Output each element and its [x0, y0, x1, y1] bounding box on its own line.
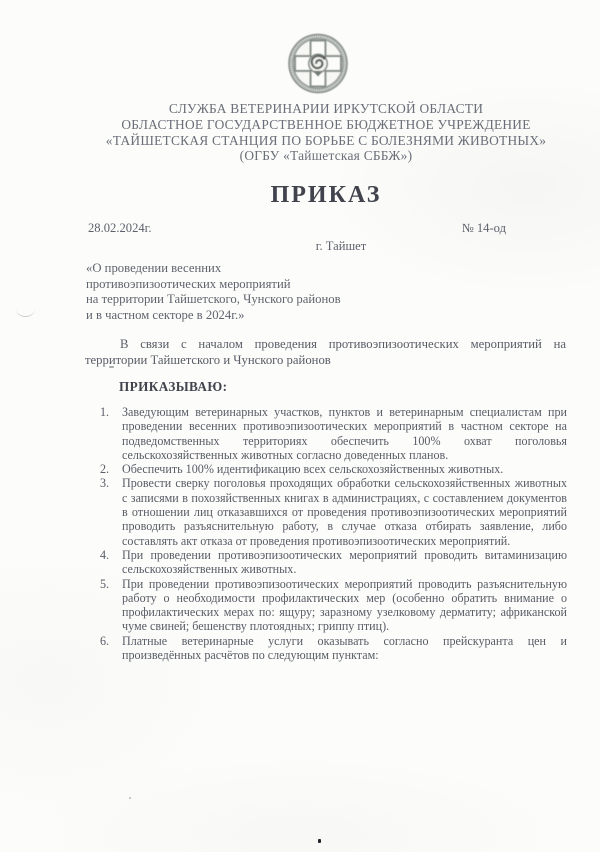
scan-artifact-ink-dot: [318, 839, 321, 843]
veterinary-emblem-icon: [287, 32, 349, 95]
document-subject: «О проведении весенних противоэпизоотиче…: [86, 261, 540, 324]
subject-line: «О проведении весенних: [86, 261, 540, 277]
order-item: 2. Обеспечить 100% идентификацию всех се…: [85, 462, 567, 476]
document-number: № 14-од: [462, 221, 506, 236]
scan-artifact-curve: [16, 301, 35, 317]
subject-line: и в частном секторе в 2024г.»: [86, 308, 540, 324]
order-item: 4. При проведении противоэпизоотических …: [85, 548, 567, 577]
scanned-order-document: СЛУЖБА ВЕТЕРИНАРИИ ИРКУТСКОЙ ОБЛАСТИ ОБЛ…: [0, 0, 600, 852]
document-meta-row: 28.02.2024г. № 14-од: [88, 221, 506, 236]
order-item: 5. При проведении противоэпизоотических …: [85, 577, 567, 634]
order-item-text: При проведении противоэпизоотических мер…: [122, 548, 567, 577]
scan-artifact-speck: [129, 797, 131, 799]
order-item-number: 1.: [85, 405, 122, 462]
subject-line: противоэпизоотических мероприятий: [86, 277, 540, 293]
order-item-text: Провести сверку поголовья проходящих обр…: [122, 476, 567, 547]
order-item-text: Обеспечить 100% идентификацию всех сельс…: [122, 462, 567, 476]
order-item-number: 4.: [85, 548, 122, 577]
document-title: ПРИКАЗ: [85, 182, 567, 209]
order-item-number: 6.: [85, 634, 122, 663]
order-items-list: 1. Заведующим ветеринарных участков, пун…: [85, 405, 567, 662]
subject-line: на территории Тайшетского, Чунского райо…: [86, 292, 540, 308]
order-item-text: Заведующим ветеринарных участков, пункто…: [122, 405, 567, 462]
veterinary-cross-snake-graphic: [287, 32, 349, 95]
order-item: 1. Заведующим ветеринарных участков, пун…: [85, 405, 567, 462]
intro-paragraph: В связи с началом проведения противоэпиз…: [85, 336, 566, 368]
document-date: 28.02.2024г.: [88, 221, 152, 236]
order-item-text: Платные ветеринарные услуги оказывать со…: [122, 634, 567, 663]
order-item-number: 2.: [85, 462, 122, 476]
org-name-line: СЛУЖБА ВЕТЕРИНАРИИ ИРКУТСКОЙ ОБЛАСТИ: [85, 101, 567, 117]
org-name-line: ОБЛАСТНОЕ ГОСУДАРСТВЕННОЕ БЮДЖЕТНОЕ УЧРЕ…: [85, 117, 567, 133]
document-city: г. Тайшет: [85, 239, 567, 254]
order-item-number: 5.: [85, 577, 122, 634]
org-name-line: (ОГБУ «Тайшетская СББЖ»): [85, 148, 567, 164]
order-item-text: При проведении противоэпизоотических мер…: [122, 577, 567, 634]
order-item: 6. Платные ветеринарные услуги оказывать…: [85, 634, 567, 663]
order-item-number: 3.: [85, 476, 122, 547]
order-item: 3. Провести сверку поголовья проходящих …: [85, 476, 567, 547]
org-name-line: «ТАЙШЕТСКАЯ СТАНЦИЯ ПО БОРЬБЕ С БОЛЕЗНЯМ…: [85, 133, 567, 149]
org-header: СЛУЖБА ВЕТЕРИНАРИИ ИРКУТСКОЙ ОБЛАСТИ ОБЛ…: [85, 101, 567, 164]
resolve-heading: ПРИКАЗЫВАЮ:: [119, 379, 227, 395]
